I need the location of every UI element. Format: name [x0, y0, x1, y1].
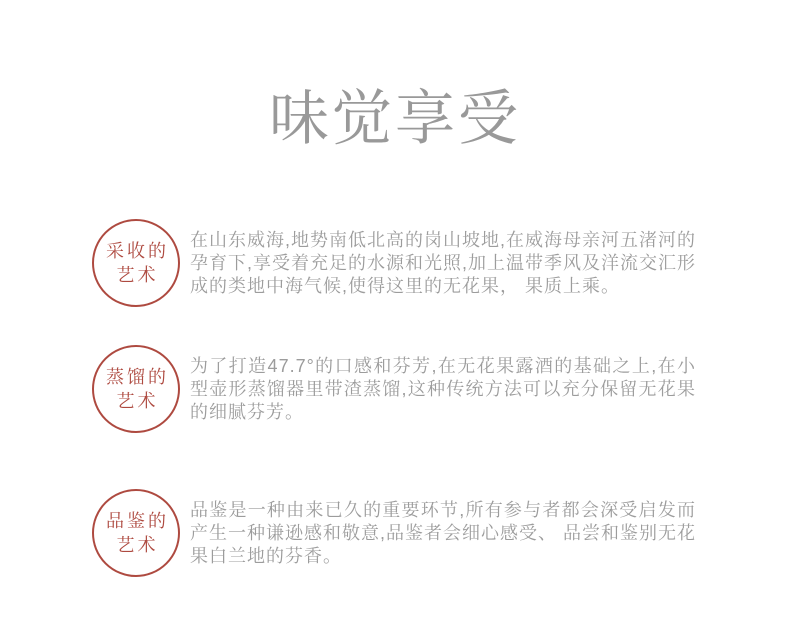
- badge-label-line1: 采收的: [103, 239, 169, 263]
- badge-label-line1: 品鉴的: [103, 509, 169, 533]
- badge-label-line2: 艺术: [114, 533, 159, 557]
- distill-art-badge: 蒸馏的 艺术: [92, 345, 180, 433]
- harvest-art-badge: 采收的 艺术: [92, 219, 180, 307]
- art-sections: 采收的 艺术 在山东威海,地势南低北高的岗山坡地,在威海母亲河五渚河的孕育下,享…: [0, 219, 790, 577]
- section-harvest-art: 采收的 艺术 在山东威海,地势南低北高的岗山坡地,在威海母亲河五渚河的孕育下,享…: [92, 219, 790, 307]
- badge-label-line2: 艺术: [114, 263, 159, 287]
- tasting-art-badge: 品鉴的 艺术: [92, 489, 180, 577]
- harvest-art-paragraph: 在山东威海,地势南低北高的岗山坡地,在威海母亲河五渚河的孕育下,享受着充足的水源…: [190, 229, 696, 298]
- tasting-art-paragraph: 品鉴是一种由来已久的重要环节,所有参与者都会深受启发而产生一种谦逊感和敬意,品鉴…: [190, 499, 696, 568]
- badge-label-line1: 蒸馏的: [103, 365, 169, 389]
- distill-art-paragraph: 为了打造47.7°的口感和芬芳,在无花果露酒的基础之上,在小型壶形蒸馏器里带渣蒸…: [190, 355, 696, 424]
- product-detail-page: 味觉享受 采收的 艺术 在山东威海,地势南低北高的岗山坡地,在威海母亲河五渚河的…: [0, 0, 790, 636]
- section-tasting-art: 品鉴的 艺术 品鉴是一种由来已久的重要环节,所有参与者都会深受启发而产生一种谦逊…: [92, 489, 790, 577]
- section-distill-art: 蒸馏的 艺术 为了打造47.7°的口感和芬芳,在无花果露酒的基础之上,在小型壶形…: [92, 345, 790, 433]
- badge-label-line2: 艺术: [114, 389, 159, 413]
- page-title: 味觉享受: [0, 0, 790, 157]
